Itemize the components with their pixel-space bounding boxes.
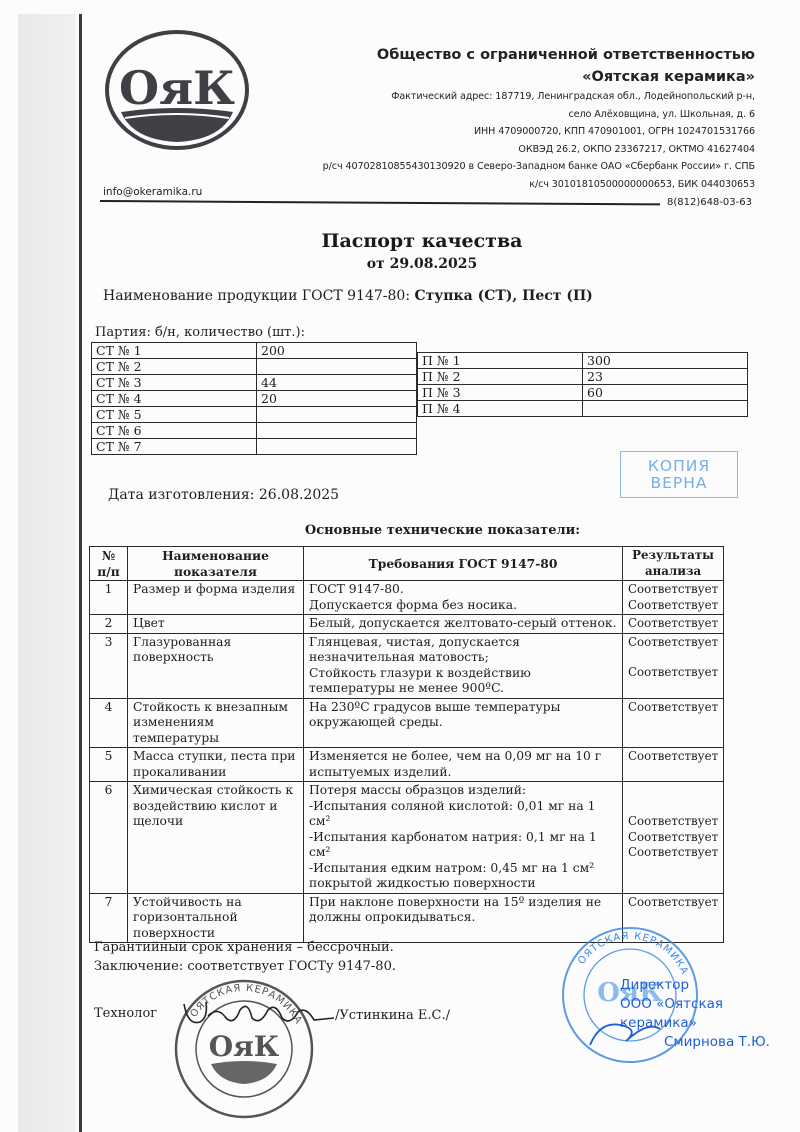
batch-label-cell: СТ № 5 [92, 407, 257, 423]
manufacture-date: Дата изготовления: 26.08.2025 [108, 487, 339, 503]
table-row: 6 Химическая стойкость к воздействию кис… [90, 782, 724, 894]
result-line: Соответствует [628, 616, 718, 632]
result-line: Соответствует [628, 598, 718, 614]
technologist-name: /Устинкина Е.С./ [335, 1008, 450, 1023]
company-legal-form: Общество с ограниченной ответственностью [323, 44, 755, 66]
requirement: Изменяется не более, чем на 0,09 мг на 1… [304, 748, 623, 782]
table-row: СТ № 1200 [92, 343, 417, 359]
requirement-line: Белый, допускается желтовато-серый оттен… [309, 616, 617, 632]
scan-margin [18, 14, 76, 1132]
table-row: СТ № 344 [92, 375, 417, 391]
company-logo-icon: ОяК [103, 28, 251, 152]
requirement-line: На 230ºC градусов выше температуры окруж… [309, 700, 617, 731]
indicator-name: Стойкость к внезапным изменениям темпера… [128, 698, 304, 748]
ids-line-1: ИНН 4709000720, КПП 470901001, ОГРН 1024… [323, 123, 755, 141]
col-header-requirements: Требования ГОСТ 9147-80 [304, 547, 623, 581]
batch-qty-cell [257, 407, 417, 423]
row-number: 2 [90, 615, 128, 634]
ids-line-2: ОКВЭД 26.2, ОКПО 23367217, ОКТМО 4162740… [323, 141, 755, 159]
table-row: 4 Стойкость к внезапным изменениям темпе… [90, 698, 724, 748]
requirement: Потеря массы образцов изделий:-Испытания… [304, 782, 623, 894]
indicator-name: Глазурованная поверхность [128, 633, 304, 698]
batch-label-cell: П № 2 [418, 369, 583, 385]
requirement-line: При наклоне поверхности на 15º изделия н… [309, 895, 617, 926]
table-row: П № 223 [418, 369, 748, 385]
company-details: Общество с ограниченной ответственностью… [323, 44, 755, 193]
table-row: 2 Цвет Белый, допускается желтовато-серы… [90, 615, 724, 634]
batch-pestles-table: П № 1300 П № 223 П № 360 П № 4 [417, 352, 748, 417]
warranty-text: Гарантийный срок хранения – бессрочный. [94, 938, 394, 957]
batch-label-cell: СТ № 7 [92, 439, 257, 455]
row-number: 7 [90, 893, 128, 943]
batch-label-cell: СТ № 3 [92, 375, 257, 391]
product-label: Наименование продукции ГОСТ 9147-80: [103, 288, 414, 304]
result-line: Соответствует [628, 845, 718, 861]
table-header-row: № п/п Наименование показателя Требования… [90, 547, 724, 581]
table-row: П № 4 [418, 401, 748, 417]
batch-qty-cell: 60 [583, 385, 748, 401]
result-line: Соответствует [628, 582, 718, 598]
document-page: ОяК Общество с ограниченной ответственно… [0, 0, 800, 1132]
table-row: 1 Размер и форма изделия ГОСТ 9147-80.До… [90, 581, 724, 615]
batch-label-cell: СТ № 6 [92, 423, 257, 439]
col-header-name: Наименование показателя [128, 547, 304, 581]
result-line: Соответствует [628, 665, 718, 681]
batch-label: Партия: б/н, количество (шт.): [95, 325, 305, 340]
table-row: СТ № 5 [92, 407, 417, 423]
requirement-line: Стойкость глазури к воздействию температ… [309, 666, 617, 697]
table-row: СТ № 6 [92, 423, 417, 439]
batch-qty-cell: 20 [257, 391, 417, 407]
batch-qty-cell [257, 359, 417, 375]
stamp-line-1: КОПИЯ [621, 458, 737, 475]
row-number: 4 [90, 698, 128, 748]
requirement-line: Потеря массы образцов изделий: [309, 783, 617, 799]
batch-label-cell: П № 1 [418, 353, 583, 369]
company-phone: 8(812)648-03-63 [667, 197, 752, 208]
table-row: 5 Масса ступки, песта при прокаливании И… [90, 748, 724, 782]
company-email: info@okeramika.ru [103, 186, 202, 198]
requirement-line: ГОСТ 9147-80. [309, 582, 617, 598]
director-title: Директор [620, 976, 800, 995]
address-line-2: село Алёховщина, ул. Школьная, д. 6 [323, 106, 755, 124]
indicator-name: Цвет [128, 615, 304, 634]
col-header-results: Результаты анализа [623, 547, 724, 581]
table-row: П № 360 [418, 385, 748, 401]
result: СоответствуетСоответствует [623, 633, 724, 698]
batch-label-cell: П № 3 [418, 385, 583, 401]
requirement-line: Глянцевая, чистая, допускается незначите… [309, 635, 617, 666]
company-name: «Оятская керамика» [323, 66, 755, 88]
requirement-line: Допускается форма без носика. [309, 598, 617, 614]
batch-label-cell: П № 4 [418, 401, 583, 417]
stamp-line-2: ВЕРНА [621, 475, 737, 492]
result: СоответствуетСоответствуетСоответствует [623, 782, 724, 894]
indicator-name: Устойчивость на горизонтальной поверхнос… [128, 893, 304, 943]
bank-line-1: р/сч 40702810855430130920 в Северо-Запад… [323, 158, 755, 176]
requirement: Белый, допускается желтовато-серый оттен… [304, 615, 623, 634]
director-signature-block: Директор ООО «Оятская керамика» Смирнова… [620, 976, 800, 1052]
requirement-line: -Испытания едким натром: 0,45 мг на 1 см… [309, 861, 617, 892]
batch-qty-cell: 300 [583, 353, 748, 369]
result: СоответствуетСоответствует [623, 581, 724, 615]
result-line: Соответствует [628, 635, 718, 651]
row-number: 1 [90, 581, 128, 615]
batch-mortars-table: СТ № 1200 СТ № 2 СТ № 344 СТ № 420 СТ № … [91, 342, 417, 455]
table-row: СТ № 420 [92, 391, 417, 407]
batch-label-cell: СТ № 4 [92, 391, 257, 407]
document-date: от 29.08.2025 [22, 256, 800, 272]
requirement: При наклоне поверхности на 15º изделия н… [304, 893, 623, 943]
requirement-line: -Испытания карбонатом натрия: 0,1 мг на … [309, 830, 617, 861]
technologist-label: Технолог [94, 1006, 157, 1021]
scan-edge-line [79, 14, 82, 1132]
conclusion-text: Заключение: соответствует ГОСТу 9147-80. [94, 957, 396, 976]
row-number: 5 [90, 748, 128, 782]
requirement: ГОСТ 9147-80.Допускается форма без носик… [304, 581, 623, 615]
director-name: Смирнова Т.Ю. [620, 1033, 800, 1052]
result-line: Соответствует [628, 700, 718, 716]
result-line: Соответствует [628, 814, 718, 830]
svg-text:ОяК: ОяК [209, 1030, 280, 1063]
tech-indicators-table: № п/п Наименование показателя Требования… [89, 546, 724, 943]
table-row: СТ № 7 [92, 439, 417, 455]
result-line: Соответствует [628, 830, 718, 846]
bank-line-2: к/сч 30101810500000000653, БИК 044030653 [323, 176, 755, 194]
tech-indicators-title: Основные технические показатели: [0, 523, 800, 538]
row-number: 3 [90, 633, 128, 698]
requirement: На 230ºC градусов выше температуры окруж… [304, 698, 623, 748]
row-number: 6 [90, 782, 128, 894]
batch-qty-cell: 200 [257, 343, 417, 359]
requirement-line: -Испытания соляной кислотой: 0,01 мг на … [309, 799, 617, 830]
batch-qty-cell [257, 423, 417, 439]
batch-label-cell: СТ № 1 [92, 343, 257, 359]
product-line: Наименование продукции ГОСТ 9147-80: Сту… [103, 288, 593, 304]
col-header-number: № п/п [90, 547, 128, 581]
table-row: П № 1300 [418, 353, 748, 369]
svg-text:ОяК: ОяК [119, 61, 235, 115]
indicator-name: Химическая стойкость к воздействию кисло… [128, 782, 304, 894]
batch-label-cell: СТ № 2 [92, 359, 257, 375]
technologist-signature-icon [178, 996, 338, 1030]
table-row: 3 Глазурованная поверхность Глянцевая, ч… [90, 633, 724, 698]
batch-qty-cell [583, 401, 748, 417]
result: Соответствует [623, 748, 724, 782]
batch-qty-cell [257, 439, 417, 455]
product-value: Ступка (СТ), Пест (П) [414, 288, 592, 304]
requirement: Глянцевая, чистая, допускается незначите… [304, 633, 623, 698]
table-row: СТ № 2 [92, 359, 417, 375]
result-line: Соответствует [628, 749, 718, 765]
result: Соответствует [623, 698, 724, 748]
document-title: Паспорт качества [22, 230, 800, 252]
director-company: ООО «Оятская керамика» [620, 995, 800, 1033]
indicator-name: Размер и форма изделия [128, 581, 304, 615]
copy-certified-stamp: КОПИЯ ВЕРНА [620, 451, 738, 498]
address-line-1: Фактический адрес: 187719, Ленинградская… [323, 88, 755, 106]
header-divider [100, 200, 660, 205]
batch-qty-cell: 44 [257, 375, 417, 391]
indicator-name: Масса ступки, песта при прокаливании [128, 748, 304, 782]
result-line: Соответствует [628, 895, 718, 911]
batch-qty-cell: 23 [583, 369, 748, 385]
result: Соответствует [623, 615, 724, 634]
requirement-line: Изменяется не более, чем на 0,09 мг на 1… [309, 749, 617, 780]
